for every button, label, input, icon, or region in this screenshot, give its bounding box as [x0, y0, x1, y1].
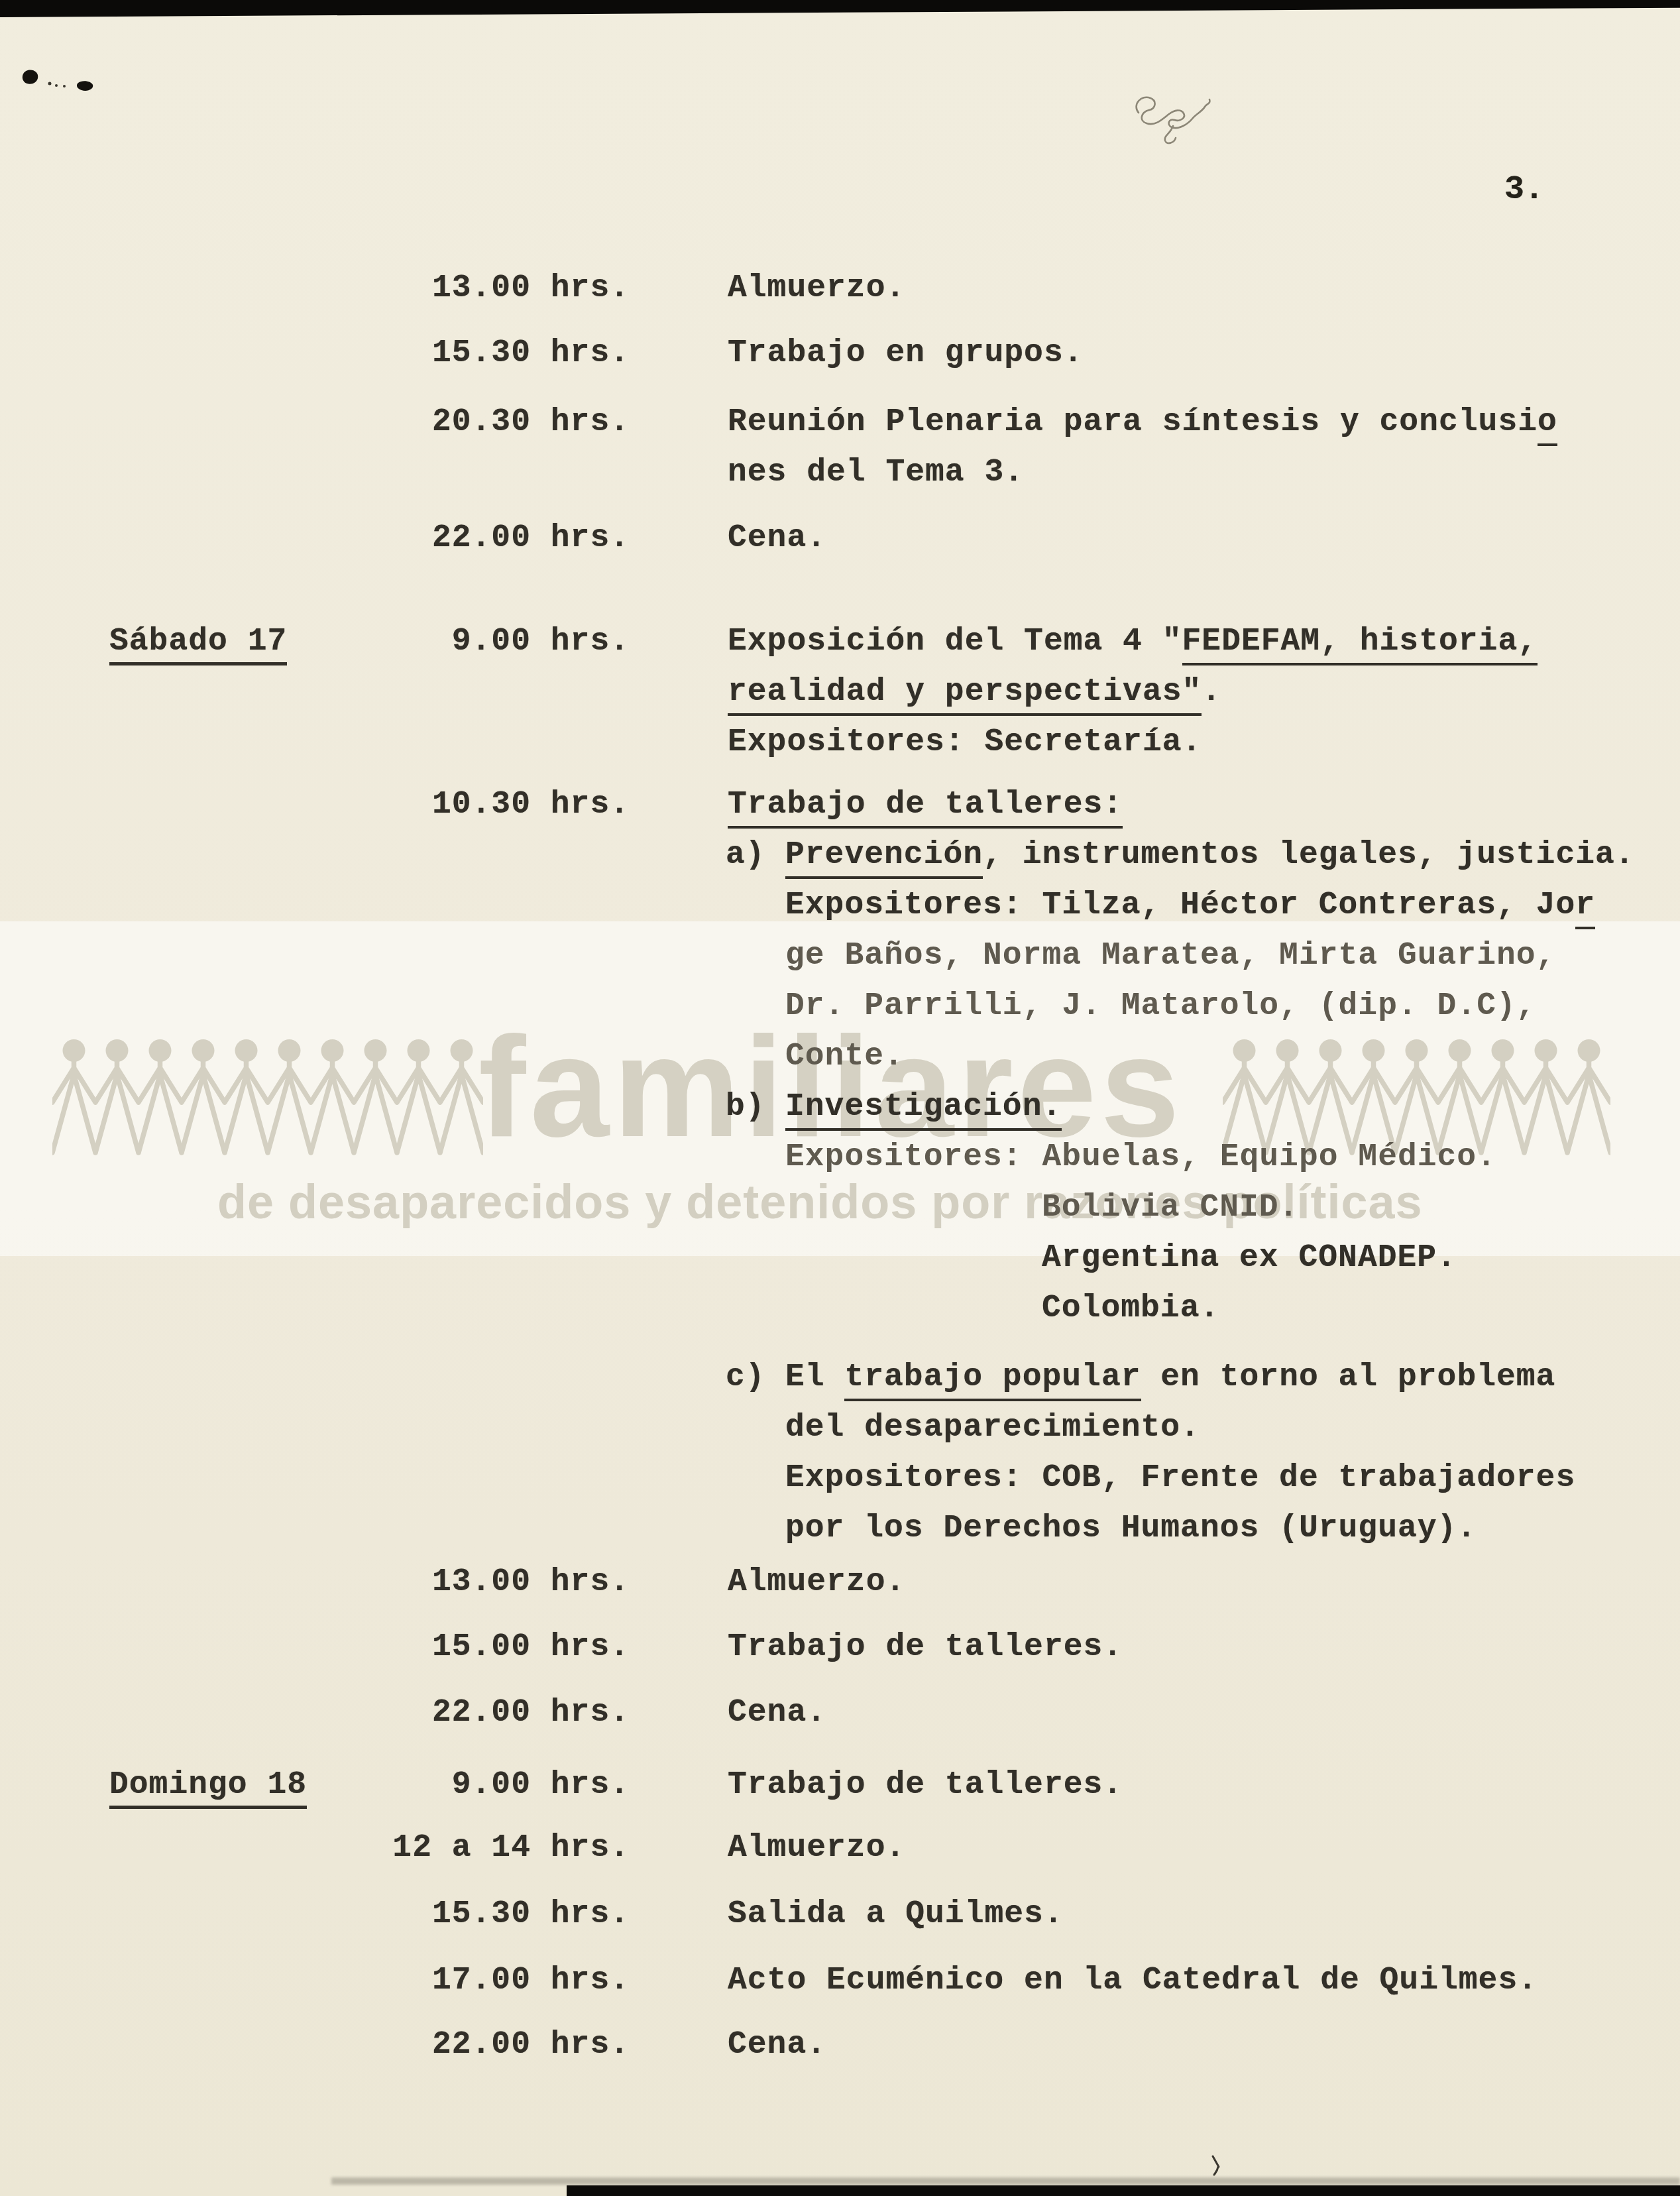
description-text: Almuerzo. [728, 1566, 905, 1598]
time-cell: 15.00 hrs. [358, 1631, 630, 1663]
description-text: nes del Tema 3. [728, 457, 1024, 489]
schedule-line: Conte. [0, 1041, 1680, 1083]
time-cell: 20.30 hrs. [358, 406, 630, 438]
description-text: Trabajo de talleres. [728, 1631, 1123, 1663]
schedule-line: Sábado 179.00 hrs.Exposición del Tema 4 … [0, 626, 1680, 668]
description-text: realidad y perspectivas". [728, 676, 1221, 708]
time-cell: 22.00 hrs. [358, 2029, 630, 2061]
description-text: Expositores: COB, Frente de trabajadores [785, 1462, 1575, 1494]
description-text: Expositores: Abuelas, Equipo Médico. [785, 1141, 1496, 1173]
description-text: Almuerzo. [728, 1832, 905, 1864]
schedule-line: Dr. Parrilli, J. Matarolo, (dip. D.C), [0, 990, 1680, 1033]
item-marker: b) [726, 1091, 765, 1123]
description-text: Conte. [785, 1041, 904, 1072]
description-text: Almuerzo. [728, 272, 905, 304]
description-text: Cena. [728, 522, 826, 554]
schedule-line: del desaparecimiento. [0, 1412, 1680, 1454]
schedule-line: 13.00 hrs.Almuerzo. [0, 1566, 1680, 1609]
scan-edge-bottom [567, 2185, 1680, 2196]
ink-smudge-icon [19, 65, 111, 98]
description-text: Expositores: Tilza, Héctor Contreras, Jo… [785, 890, 1595, 921]
schedule-line: a)Prevención, instrumentos legales, just… [0, 839, 1680, 882]
description-text: Acto Ecuménico en la Catedral de Quilmes… [728, 1965, 1538, 1996]
time-cell: 22.00 hrs. [358, 1697, 630, 1729]
day-label: Domingo 18 [109, 1769, 307, 1809]
item-marker: a) [726, 839, 765, 871]
description-text: Exposición del Tema 4 "FEDEFAM, historia… [728, 626, 1538, 658]
time-cell: 10.30 hrs. [358, 789, 630, 821]
schedule-line: Argentina ex CONADEP. [0, 1242, 1680, 1285]
schedule-line: Colombia. [0, 1293, 1680, 1335]
description-text: Bolivia CNID. [1042, 1192, 1298, 1224]
schedule-line: Domingo 189.00 hrs.Trabajo de talleres. [0, 1769, 1680, 1812]
time-cell: 9.00 hrs. [358, 1769, 630, 1801]
description-text: Argentina ex CONADEP. [1042, 1242, 1457, 1274]
description-text: Prevención, instrumentos legales, justic… [785, 839, 1635, 871]
description-text: Investigación. [785, 1091, 1062, 1123]
small-ink-mark-icon [1209, 2154, 1226, 2177]
description-text: Trabajo de talleres: [728, 789, 1123, 821]
schedule-line: Expositores: Tilza, Héctor Contreras, Jo… [0, 890, 1680, 932]
time-cell: 9.00 hrs. [358, 626, 630, 658]
description-text: Trabajo en grupos. [728, 337, 1083, 369]
schedule-line: realidad y perspectivas". [0, 676, 1680, 719]
schedule-line: 22.00 hrs.Cena. [0, 1697, 1680, 1739]
description-text: del desaparecimiento. [785, 1412, 1200, 1444]
description-text: por los Derechos Humanos (Uruguay). [785, 1513, 1477, 1544]
time-cell: 13.00 hrs. [358, 272, 630, 304]
schedule-line: 15.30 hrs.Trabajo en grupos. [0, 337, 1680, 380]
schedule-line: 10.30 hrs.Trabajo de talleres: [0, 789, 1680, 831]
schedule-line: 17.00 hrs.Acto Ecuménico en la Catedral … [0, 1965, 1680, 2007]
time-cell: 15.30 hrs. [358, 1898, 630, 1930]
schedule-line: 13.00 hrs.Almuerzo. [0, 272, 1680, 315]
description-text: Colombia. [1042, 1293, 1219, 1324]
description-text: Cena. [728, 1697, 826, 1729]
schedule-line: Bolivia CNID. [0, 1192, 1680, 1234]
schedule-line: por los Derechos Humanos (Uruguay). [0, 1513, 1680, 1555]
time-cell: 13.00 hrs. [358, 1566, 630, 1598]
time-cell: 12 a 14 hrs. [358, 1832, 630, 1864]
schedule: 13.00 hrs.Almuerzo.15.30 hrs.Trabajo en … [0, 0, 1680, 2196]
schedule-line: c)El trabajo popular en torno al problem… [0, 1361, 1680, 1404]
schedule-line: Expositores: Abuelas, Equipo Médico. [0, 1141, 1680, 1184]
description-text: Cena. [728, 2029, 826, 2061]
schedule-line: 15.00 hrs.Trabajo de talleres. [0, 1631, 1680, 1674]
day-label: Sábado 17 [109, 626, 287, 665]
description-text: El trabajo popular en torno al problema [785, 1361, 1555, 1393]
time-cell: 17.00 hrs. [358, 1965, 630, 1996]
pen-squiggle-icon [1127, 85, 1223, 148]
description-text: Expositores: Secretaría. [728, 726, 1202, 758]
scanned-document-page: familiares de desaparecidos y detenidos … [0, 0, 1680, 2196]
schedule-line: 20.30 hrs.Reunión Plenaria para síntesis… [0, 406, 1680, 449]
time-cell: 22.00 hrs. [358, 522, 630, 554]
schedule-line: 22.00 hrs.Cena. [0, 522, 1680, 565]
description-text: Dr. Parrilli, J. Matarolo, (dip. D.C), [785, 990, 1536, 1022]
schedule-line: ge Baños, Norma Maratea, Mirta Guarino, [0, 940, 1680, 982]
time-cell: 15.30 hrs. [358, 337, 630, 369]
description-text: Trabajo de talleres. [728, 1769, 1123, 1801]
schedule-line: 22.00 hrs.Cena. [0, 2029, 1680, 2071]
scan-smudge-bottom [331, 2177, 1680, 2185]
schedule-line: Expositores: Secretaría. [0, 726, 1680, 769]
description-text: ge Baños, Norma Maratea, Mirta Guarino, [785, 940, 1555, 972]
schedule-line: 12 a 14 hrs.Almuerzo. [0, 1832, 1680, 1875]
item-marker: c) [726, 1361, 765, 1393]
schedule-line: Expositores: COB, Frente de trabajadores [0, 1462, 1680, 1505]
schedule-line: nes del Tema 3. [0, 457, 1680, 499]
schedule-line: b)Investigación. [0, 1091, 1680, 1133]
schedule-line: 15.30 hrs.Salida a Quilmes. [0, 1898, 1680, 1941]
description-text: Reunión Plenaria para síntesis y conclus… [728, 406, 1557, 438]
description-text: Salida a Quilmes. [728, 1898, 1064, 1930]
